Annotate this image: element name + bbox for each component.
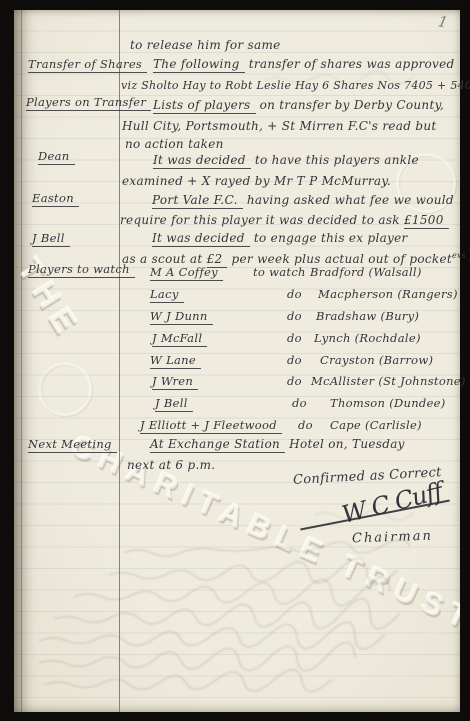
watch-list-row: J McFall [152,332,207,345]
watch-list-target: McAllister (St Johnstone) [311,375,466,388]
watch-list-target: Bradshaw (Bury) [316,310,419,323]
watch-list-target: Macpherson (Rangers) [318,288,458,301]
watch-list-row: M A Coffey [150,266,223,279]
minute-line: Lists of players on transfer by Derby Co… [153,99,444,112]
margin-note-easton: Easton [32,192,79,205]
watch-list-ditto: do [287,375,302,388]
margin-note-transfer-of-shares: Transfer of Shares [28,58,147,71]
chairman-title: Chairman [352,530,433,547]
minute-line: The following transfer of shares was app… [153,58,455,71]
margin-note-players-to-watch: Players to watch [28,263,135,276]
next-meeting-line: At Exchange Station Hotel on, Tuesday [150,438,405,451]
margin-rule-line [119,10,120,712]
watch-list-row: W Lane [150,354,201,367]
watch-list-ditto: do [287,288,302,301]
minute-book-scan: { "page": { "corner_mark": "1", "waterma… [0,0,470,721]
margin-note-next-meeting: Next Meeting [28,438,117,451]
margin-note-j-bell: J Bell [32,232,70,245]
margin-note-players-on-transfer: Players on Transfer [26,96,151,109]
minute-line: It was decided to have this players ankl… [153,154,419,167]
watch-list-ditto: do [292,397,307,410]
watch-list-row: J Bell [155,397,193,410]
watch-list-row: W J Dunn [150,310,213,323]
watch-list-target: Lynch (Rochdale) [314,332,421,345]
next-meeting-line: next at 6 p.m. [127,459,215,472]
watch-list-ditto: do [298,419,313,432]
minute-line: to release him for same [130,39,281,52]
watch-list-row: J Wren [152,375,198,388]
minute-line: no action taken [125,138,224,151]
watch-list-ditto: do [287,354,302,367]
watch-list-row: Lacy [150,288,184,301]
minute-line: Hull City, Portsmouth, + St Mirren F.C's… [122,120,437,133]
watch-list-ditto: do [287,310,302,323]
watch-list-target: Bradford (Walsall) [310,266,422,279]
margin-note-dean: Dean [38,150,75,163]
watch-list-target: Thomson (Dundee) [330,397,446,410]
minute-line: viz Sholto Hay to Robt Leslie Hay 6 Shar… [121,80,470,92]
watch-list-row: J Elliott + J Fleetwood [140,419,282,432]
watch-list-target: Cape (Carlisle) [330,419,422,432]
watch-list-target: Crayston (Barrow) [320,354,433,367]
watch-list-ditto: do [287,332,302,345]
watch-list-ditto: to watch [253,266,306,279]
minute-line: It was decided to engage this ex player [152,232,408,245]
minute-line: Port Vale F.C. having asked what fee we … [152,194,454,207]
minute-line: require for this player it was decided t… [120,214,449,227]
minute-line: examined + X rayed by Mr T P McMurray. [122,175,391,188]
